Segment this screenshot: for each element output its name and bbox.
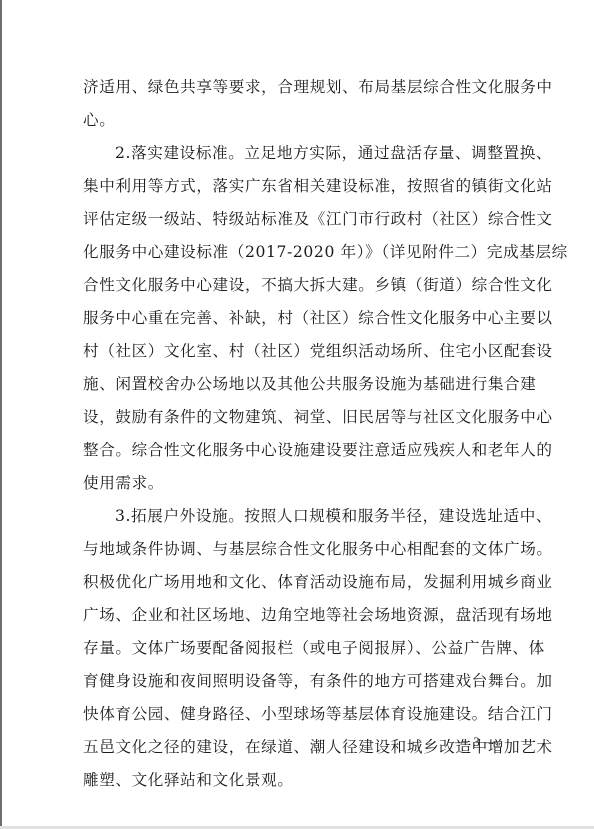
paragraph-outdoor-facilities: 3.拓展户外设施。按照人口规模和服务半径，建设选址适中、 与地域条件协调、与基层…: [83, 500, 509, 797]
text-line: 与地域条件协调、与基层综合性文化服务中心相配套的文体广场。: [83, 533, 509, 566]
text-line: 快体育公园、健身路径、小型球场等基层体育设施建设。结合江门: [83, 698, 509, 731]
paragraph-implement-standards: 2.落实建设标准。立足地方实际，通过盘活存量、调整置换、 集中利用等方式，落实广…: [83, 137, 509, 500]
text-line: 集中利用等方式，落实广东省相关建设标准，按照省的镇街文化站: [83, 170, 509, 203]
text-line: 3.拓展户外设施。按照人口规模和服务半径，建设选址适中、: [83, 500, 509, 533]
text-line: 评估定级一级站、特级站标准及《江门市行政村（社区）综合性文: [83, 203, 509, 236]
text-line: 广场、企业和社区场地、边角空地等社会场地资源，盘活现有场地: [83, 599, 509, 632]
text-line: 五邑文化之径的建设，在绿道、潮人径建设和城乡改造中增加艺术: [83, 731, 509, 764]
text-line: 整合。综合性文化服务中心设施建设要注意适应残疾人和老年人的: [83, 434, 509, 467]
text-line: 存量。文体广场要配备阅报栏（或电子阅报屏）、公益广告牌、体: [83, 632, 509, 665]
document-body: 济适用、绿色共享等要求，合理规划、布局基层综合性文化服务中 心。 2.落实建设标…: [83, 71, 509, 797]
page-left-edge: [0, 0, 2, 829]
text-line: 设，鼓励有条件的文物建筑、祠堂、旧民居等与社区文化服务中心: [83, 401, 509, 434]
text-line: 使用需求。: [83, 467, 509, 500]
text-line: 村（社区）文化室、村（社区）党组织活动场所、住宅小区配套设: [83, 335, 509, 368]
text-line: 济适用、绿色共享等要求，合理规划、布局基层综合性文化服务中: [83, 71, 509, 104]
paragraph-continued: 济适用、绿色共享等要求，合理规划、布局基层综合性文化服务中 心。: [83, 71, 509, 137]
text-line: 化服务中心建设标准（2017-2020 年）》（详见附件二）完成基层综: [83, 236, 509, 269]
text-line: 合性文化服务中心建设，不搞大拆大建。乡镇（街道）综合性文化: [83, 269, 509, 302]
text-line: 2.落实建设标准。立足地方实际，通过盘活存量、调整置换、: [83, 137, 509, 170]
text-line: 服务中心重在完善、补缺，村（社区）综合性文化服务中心主要以: [83, 302, 509, 335]
text-line: 施、闲置校舍办公场地以及其他公共服务设施为基础进行集合建: [83, 368, 509, 401]
text-line: 雕塑、文化驿站和文化景观。: [83, 764, 509, 797]
text-line: 积极优化广场用地和文化、体育活动设施布局，发掘利用城乡商业: [83, 566, 509, 599]
text-line: 育健身设施和夜间照明设备等，有条件的地方可搭建戏台舞台。加: [83, 665, 509, 698]
page-number: — 3 —: [455, 734, 499, 750]
text-line: 心。: [83, 104, 509, 137]
